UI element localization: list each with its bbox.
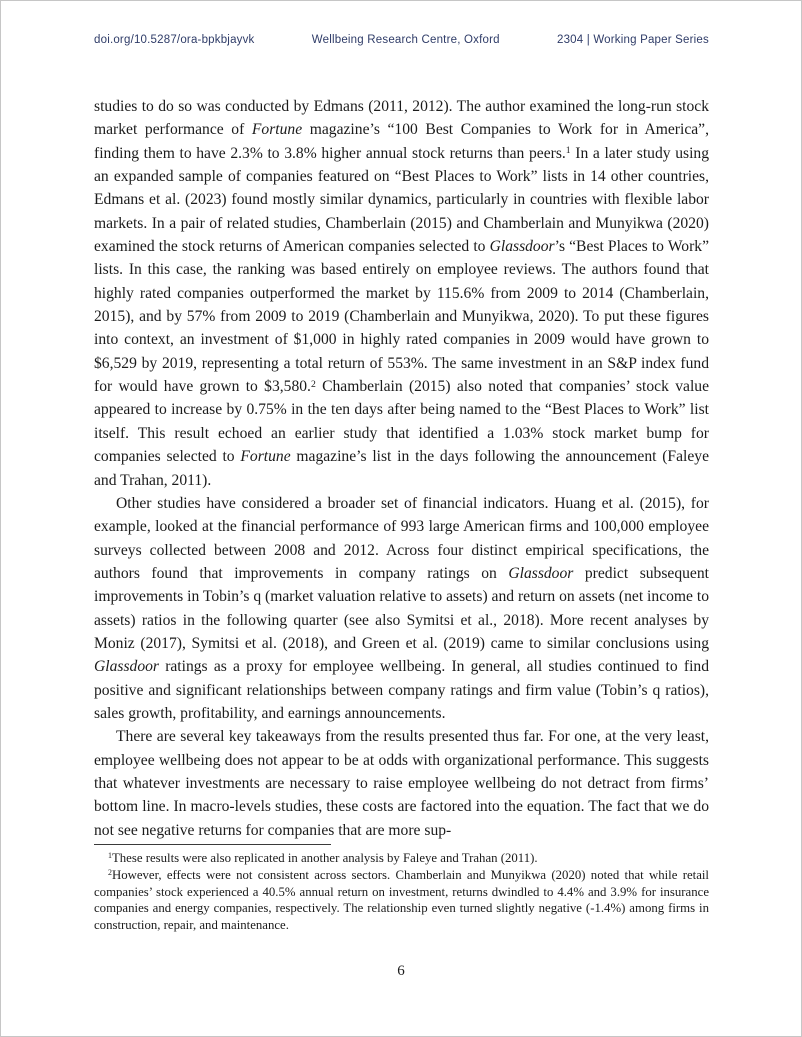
paragraph: Other studies have considered a broader …: [94, 492, 709, 725]
footnote-divider: [94, 844, 331, 845]
page-header: doi.org/10.5287/ora-bpkbjayvk Wellbeing …: [94, 34, 709, 46]
paragraph: There are several key takeaways from the…: [94, 725, 709, 842]
footnote: 2However, effects were not consistent ac…: [94, 867, 709, 934]
page-number: 6: [1, 963, 801, 980]
footnote: 1These results were also replicated in a…: [94, 850, 709, 867]
footnotes-list: 1These results were also replicated in a…: [94, 850, 709, 934]
header-series-label: 2304 | Working Paper Series: [557, 34, 709, 46]
header-doi: doi.org/10.5287/ora-bpkbjayvk: [94, 34, 255, 46]
header-institution: Wellbeing Research Centre, Oxford: [312, 34, 500, 46]
document-page: doi.org/10.5287/ora-bpkbjayvk Wellbeing …: [0, 0, 802, 1037]
paragraph: studies to do so was conducted by Edmans…: [94, 95, 709, 492]
body-text: studies to do so was conducted by Edmans…: [94, 95, 709, 842]
footnotes-section: 1These results were also replicated in a…: [94, 844, 709, 934]
